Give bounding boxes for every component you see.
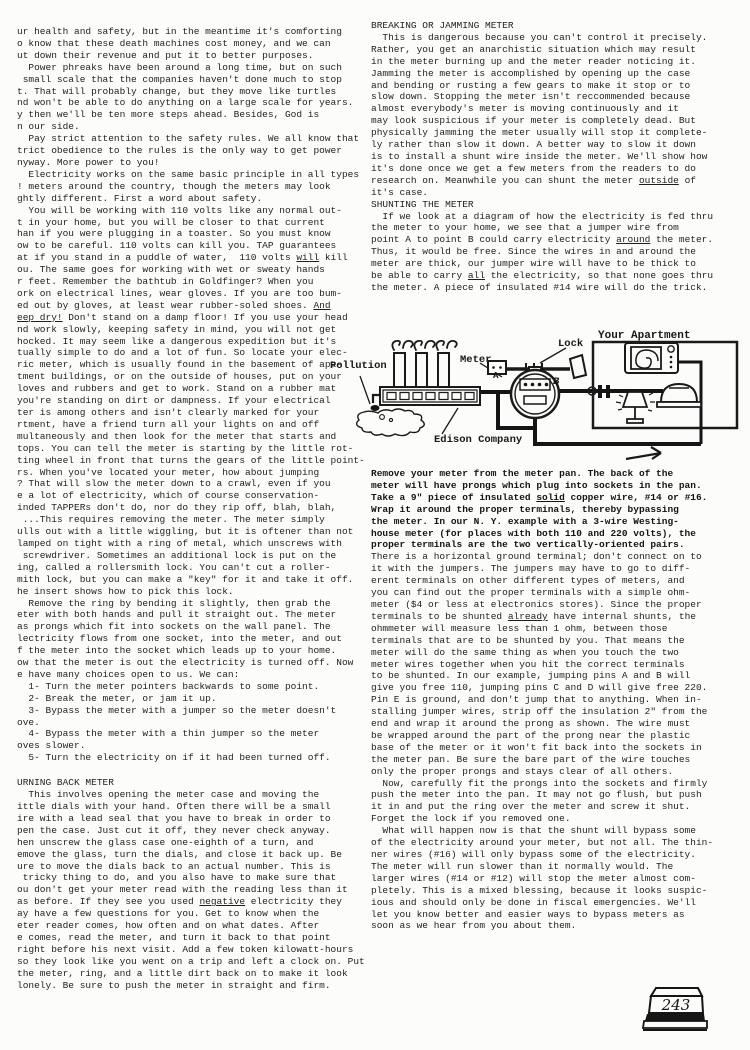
figure-label-meter: Meter: [460, 354, 492, 366]
text-block: You will be working with 110 volts like …: [17, 205, 369, 598]
toaster-icon: [657, 384, 701, 407]
direction-arrow-icon: [626, 447, 661, 459]
figure-label-pollution: Pollution: [330, 360, 387, 372]
figure-label-your-apartment: Your Apartment: [598, 330, 690, 342]
text-block: Electricity works on the same basic prin…: [17, 169, 369, 205]
meter-shunt-diagram: Your Apartment Lock Meter Pollution Edis…: [330, 332, 748, 468]
lamp-icon: [616, 392, 655, 423]
figure-label-point-a: A: [493, 371, 498, 381]
figure-label-point-b: B: [553, 376, 559, 388]
figure-label-edison-company: Edison Company: [434, 434, 522, 446]
meter-icon: [511, 367, 559, 418]
text-block: Remove your meter from the meter pan. Th…: [371, 468, 741, 551]
text-block: Pay strict attention to the safety rules…: [17, 133, 369, 169]
text-block: This is dangerous because you can't cont…: [371, 32, 741, 199]
cash-register-icon: 243: [643, 988, 707, 1030]
figure-label-lock: Lock: [558, 338, 583, 350]
left-text-column: ur health and safety, but in the meantim…: [17, 26, 369, 992]
text-block: What will happen now is that the shunt w…: [371, 825, 741, 932]
smoke-icon: [392, 341, 456, 350]
scanned-document-page: { "page": { "number": "243", "colors": {…: [0, 0, 750, 1050]
text-block: This involves opening the meter case and…: [17, 789, 369, 991]
text-block: Now, carefully fit the prongs into the s…: [371, 778, 741, 826]
right-text-column-top: BREAKING OR JAMMING METER This is danger…: [371, 20, 741, 294]
tv-icon: [625, 343, 678, 373]
text-block: If we look at a diagram of how the elect…: [371, 211, 741, 294]
section-heading: SHUNTING THE METER: [371, 199, 741, 211]
page-number: 243: [661, 996, 691, 1014]
section-heading: BREAKING OR JAMMING METER: [371, 20, 741, 32]
text-block: Remove the ring by bending it slightly, …: [17, 598, 369, 765]
text-block: Power phreaks have been around a long ti…: [17, 62, 369, 133]
page-number-register: 243: [640, 985, 715, 1037]
right-text-column-bottom: Remove your meter from the meter pan. Th…: [371, 468, 741, 932]
section-heading: URNING BACK METER: [17, 777, 369, 789]
text-block: ur health and safety, but in the meantim…: [17, 26, 369, 62]
text-block: There is a horizontal ground terminal; d…: [371, 551, 741, 777]
